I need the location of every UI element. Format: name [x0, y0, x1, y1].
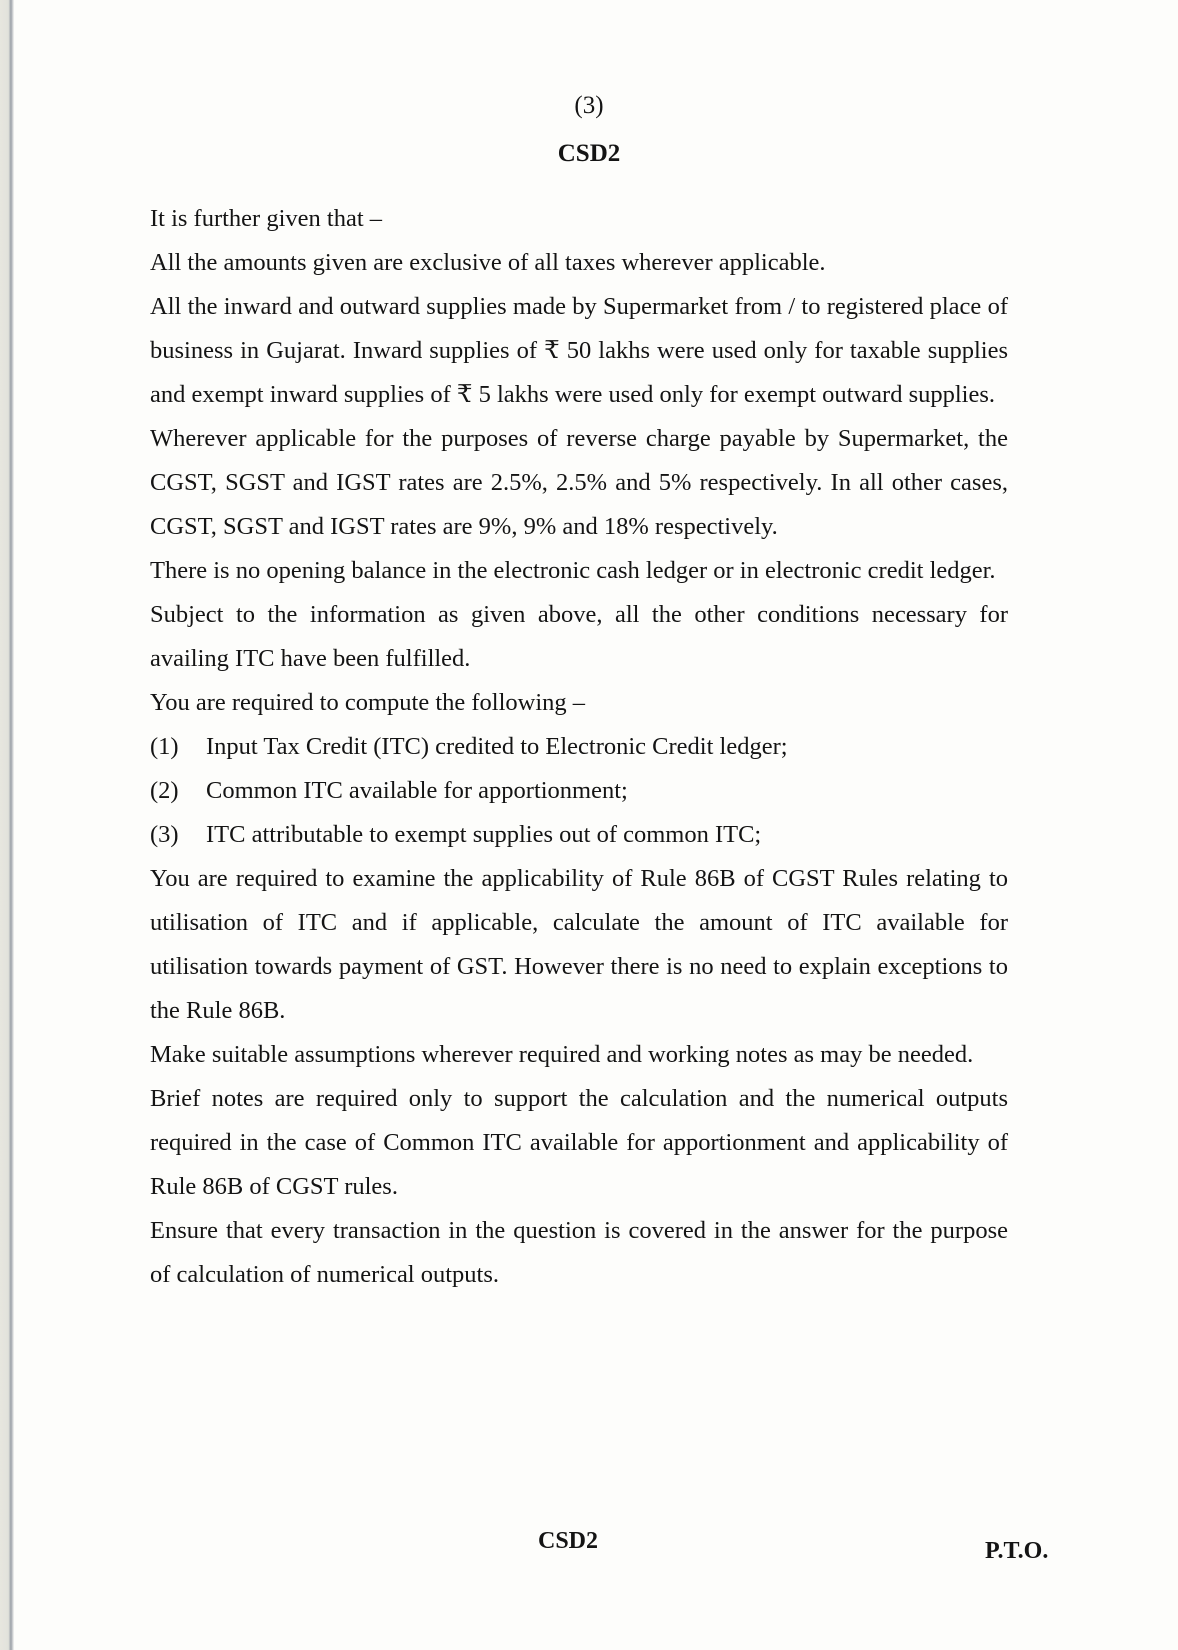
required-item-text: ITC attributable to exempt supplies out …	[206, 813, 761, 857]
paragraph: Brief notes are required only to support…	[150, 1077, 1008, 1209]
required-item: (3) ITC attributable to exempt supplies …	[150, 813, 1008, 857]
required-item-number: (1)	[150, 725, 206, 769]
question-body: It is further given that – All the amoun…	[150, 197, 1008, 1297]
required-item-text: Input Tax Credit (ITC) credited to Elect…	[206, 725, 788, 769]
paragraph: You are required to examine the applicab…	[150, 857, 1008, 1033]
please-turn-over: P.T.O.	[985, 1538, 1048, 1565]
paragraph: You are required to compute the followin…	[150, 681, 1008, 725]
paragraph: Wherever applicable for the purposes of …	[150, 417, 1008, 549]
required-item: (2) Common ITC available for apportionme…	[150, 769, 1008, 813]
paragraph: There is no opening balance in the elect…	[150, 549, 1008, 593]
paragraph: It is further given that –	[150, 197, 1008, 241]
required-item-number: (2)	[150, 769, 206, 813]
required-item-number: (3)	[150, 813, 206, 857]
required-item-text: Common ITC available for apportionment;	[206, 769, 628, 813]
paragraph: All the amounts given are exclusive of a…	[150, 241, 1008, 285]
paragraph: Subject to the information as given abov…	[150, 593, 1008, 681]
paper-code-footer: CSD2	[538, 1528, 598, 1555]
paragraph: Ensure that every transaction in the que…	[150, 1209, 1008, 1297]
paragraph: Make suitable assumptions wherever requi…	[150, 1033, 1008, 1077]
page-number: (3)	[0, 92, 1178, 120]
paragraph: All the inward and outward supplies made…	[150, 285, 1008, 417]
required-item: (1) Input Tax Credit (ITC) credited to E…	[150, 725, 1008, 769]
scan-edge	[0, 0, 14, 1650]
paper-code-header: CSD2	[0, 140, 1178, 168]
